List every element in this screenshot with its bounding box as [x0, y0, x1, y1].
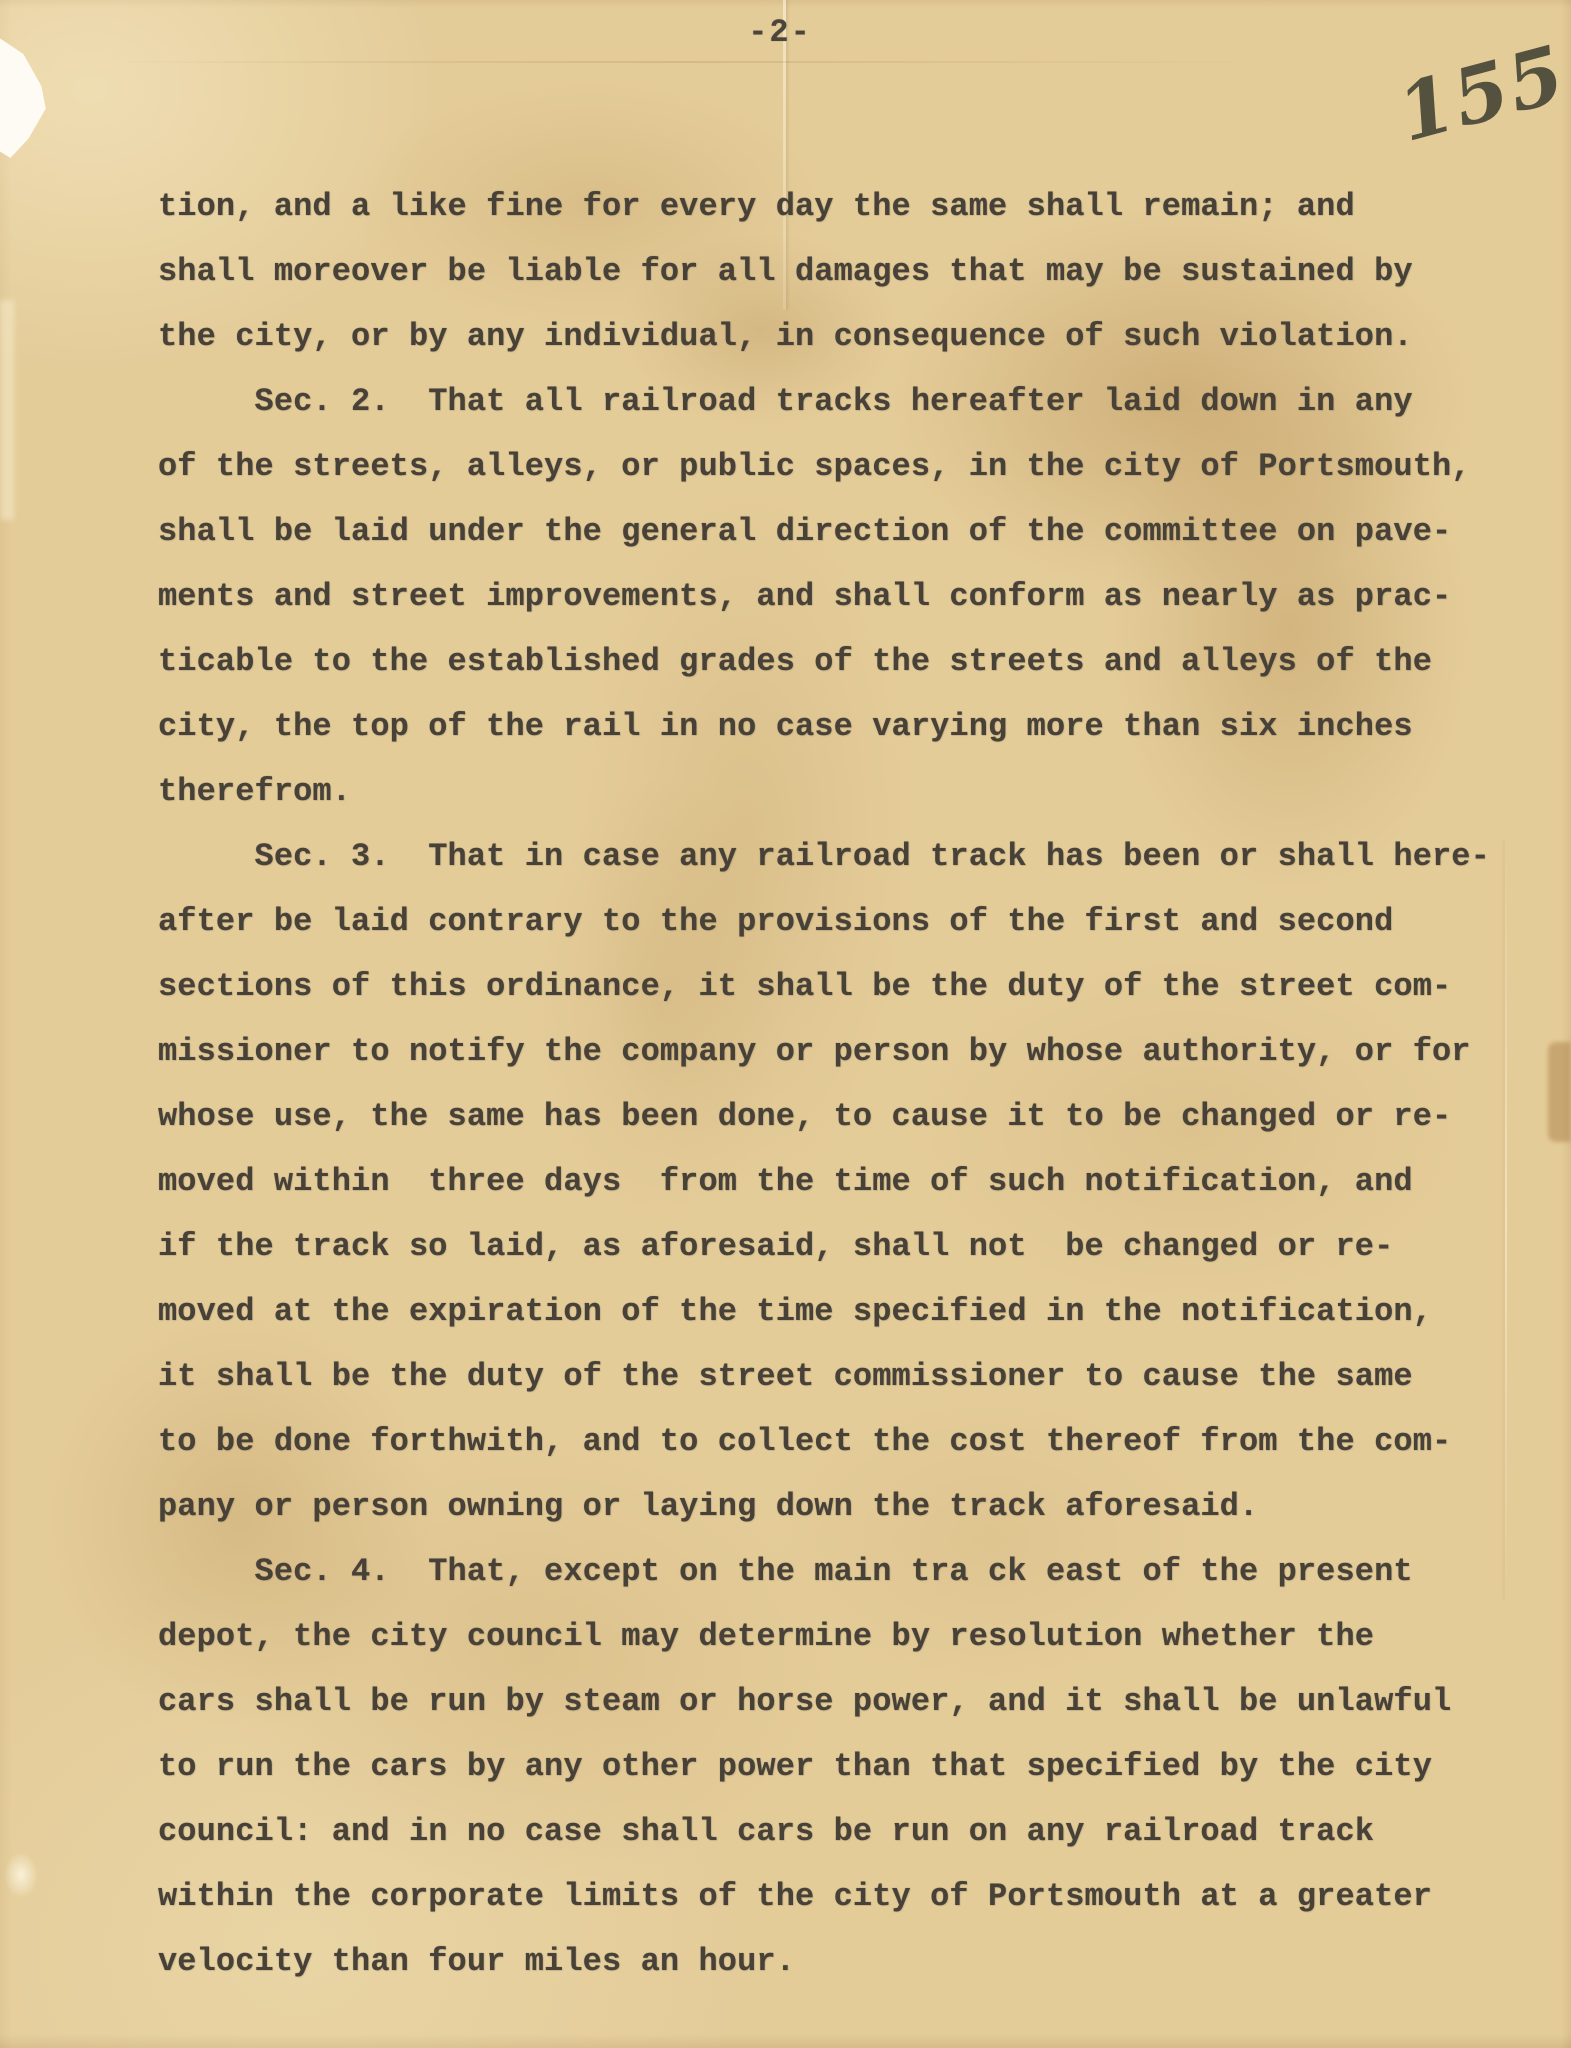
text-line-6: shall be laid under the general directio…	[158, 499, 1518, 564]
text-line-4: Sec. 2. That all railroad tracks hereaft…	[158, 369, 1518, 434]
text-line-16: moved within three days from the time of…	[158, 1149, 1518, 1214]
page-number: -2-	[748, 14, 812, 51]
text-line-28: velocity than four miles an hour.	[158, 1929, 1518, 1994]
text-line-17: if the track so laid, as aforesaid, shal…	[158, 1214, 1518, 1279]
text-line-7: ments and street improvements, and shall…	[158, 564, 1518, 629]
text-line-24: cars shall be run by steam or horse powe…	[158, 1669, 1518, 1734]
text-line-5: of the streets, alleys, or public spaces…	[158, 434, 1518, 499]
text-line-2: shall moreover be liable for all damages…	[158, 239, 1518, 304]
text-line-18: moved at the expiration of the time spec…	[158, 1279, 1518, 1344]
text-line-22: Sec. 4. That, except on the main tra ck …	[158, 1539, 1518, 1604]
text-line-25: to run the cars by any other power than …	[158, 1734, 1518, 1799]
text-line-9: city, the top of the rail in no case var…	[158, 694, 1518, 759]
text-line-13: sections of this ordinance, it shall be …	[158, 954, 1518, 1019]
document-scan-page: -2- 155 tion, and a like fine for every …	[0, 0, 1571, 2048]
text-line-19: it shall be the duty of the street commi…	[158, 1344, 1518, 1409]
text-line-21: pany or person owning or laying down the…	[158, 1474, 1518, 1539]
text-line-26: council: and in no case shall cars be ru…	[158, 1799, 1518, 1864]
text-line-12: after be laid contrary to the provisions…	[158, 889, 1518, 954]
text-line-8: ticable to the established grades of the…	[158, 629, 1518, 694]
text-line-15: whose use, the same has been done, to ca…	[158, 1084, 1518, 1149]
text-line-10: therefrom.	[158, 759, 1518, 824]
right-edge-tear	[1548, 1042, 1571, 1142]
left-edge-highlight	[0, 300, 14, 520]
text-line-11: Sec. 3. That in case any railroad track …	[158, 824, 1518, 889]
typewritten-text-block: tion, and a like fine for every day the …	[158, 174, 1518, 1994]
text-line-3: the city, or by any individual, in conse…	[158, 304, 1518, 369]
bottom-left-crease	[4, 1852, 38, 1898]
horizontal-crease	[130, 61, 1230, 63]
text-line-20: to be done forthwith, and to collect the…	[158, 1409, 1518, 1474]
text-line-14: missioner to notify the company or perso…	[158, 1019, 1518, 1084]
text-line-27: within the corporate limits of the city …	[158, 1864, 1518, 1929]
text-line-23: depot, the city council may determine by…	[158, 1604, 1518, 1669]
text-line-1: tion, and a like fine for every day the …	[158, 174, 1518, 239]
